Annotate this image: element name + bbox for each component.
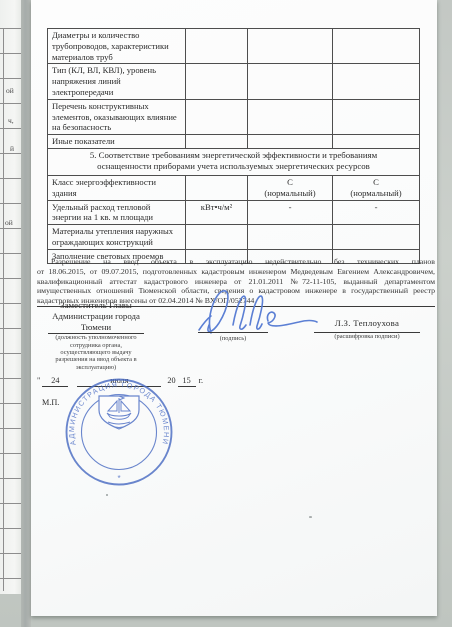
- energy-class-grade: С: [337, 177, 415, 188]
- page-gap-shadow: [21, 0, 31, 627]
- table-cell-empty: [333, 135, 420, 149]
- table-row: Иные показатели: [48, 135, 420, 149]
- table-cell-empty: [186, 135, 248, 149]
- table-row: Класс энергоэффективности здания С (норм…: [48, 175, 420, 200]
- seal-star: *: [117, 474, 120, 483]
- signatory-block: Л.З. Теплоухова (расшифровка подписи): [314, 318, 420, 340]
- row-label-heat-consumption: Удельный расход тепловой энергии на 1 кв…: [48, 200, 186, 225]
- row-label-insulation-materials: Материалы утепления наружных ограждающих…: [48, 225, 186, 250]
- table-cell-empty: [333, 64, 420, 99]
- edge-text-fragment: ой: [6, 86, 14, 95]
- official-position-block: Заместитель Главы Администрации города Т…: [48, 300, 144, 371]
- table-cell-empty: [186, 225, 248, 250]
- row-label-power-lines: Тип (КЛ, ВЛ, КВЛ), уровень напряжения ли…: [48, 64, 186, 99]
- table-row: Диаметры и количество трубопроводов, хар…: [48, 29, 420, 64]
- signatory-name-caption: (расшифровка подписи): [314, 333, 420, 340]
- date-suffix: г.: [199, 376, 203, 385]
- energy-class-note: (нормальный): [337, 188, 415, 199]
- heat-consumption-value: -: [248, 200, 333, 225]
- table-cell-empty: [186, 175, 248, 200]
- adjacent-page-edge: ой ч, й ой: [0, 0, 21, 594]
- energy-class-grade: С: [252, 177, 328, 188]
- handwritten-signature-icon: [193, 285, 321, 337]
- table-cell-empty: [333, 29, 420, 64]
- table-cell-empty: [248, 225, 333, 250]
- table-cell-empty: [186, 99, 248, 134]
- edge-text-fragment: й: [10, 144, 14, 153]
- scan-speck: [106, 494, 108, 496]
- signatory-name: Л.З. Теплоухова: [314, 318, 420, 333]
- scan-speck: [309, 516, 312, 518]
- seal-place-label: М.П.: [42, 398, 59, 407]
- heat-consumption-value: -: [333, 200, 420, 225]
- edge-text-fragment: ч,: [8, 116, 14, 125]
- signature-line: [198, 332, 268, 333]
- tyumen-administration-seal-icon: АДМИНИСТРАЦИЯ ГОРОДА ТЮМЕНИ *: [61, 374, 177, 490]
- row-label-other-indicators: Иные показатели: [48, 135, 186, 149]
- date-open-quote: ": [37, 376, 40, 385]
- adjacent-page-table-vline: [3, 28, 4, 591]
- note-line: от 18.06.2015, от 09.07.2015, подготовле…: [37, 267, 435, 277]
- energy-class-value: С (нормальный): [248, 175, 333, 200]
- section-heading-row: 5. Соответствие требованиям энергетическ…: [48, 148, 420, 175]
- section5-heading-cell: 5. Соответствие требованиям энергетическ…: [48, 148, 420, 175]
- table-row: Тип (КЛ, ВЛ, КВЛ), уровень напряжения ли…: [48, 64, 420, 99]
- energy-class-value: С (нормальный): [333, 175, 420, 200]
- table-cell-empty: [248, 64, 333, 99]
- table-row: Перечень конструктивных элементов, оказы…: [48, 99, 420, 134]
- note-line: Разрешение на ввод объекта в эксплуатаци…: [37, 257, 435, 267]
- row-label-structural-elements: Перечень конструктивных элементов, оказы…: [48, 99, 186, 134]
- table-row: Материалы утепления наружных ограждающих…: [48, 225, 420, 250]
- coat-of-arms-shield-icon: [99, 396, 139, 429]
- row-label-pipes: Диаметры и количество трубопроводов, хар…: [48, 29, 186, 64]
- edge-text-fragment: ой: [5, 218, 13, 227]
- table-cell-empty: [333, 225, 420, 250]
- indicators-table: Диаметры и количество трубопроводов, хар…: [47, 28, 420, 264]
- table-cell-empty: [333, 99, 420, 134]
- table-cell-empty: [186, 29, 248, 64]
- table-row: Удельный расход тепловой энергии на 1 кв…: [48, 200, 420, 225]
- table-cell-empty: [248, 29, 333, 64]
- heat-consumption-unit: кВт•ч/м²: [186, 200, 248, 225]
- row-label-energy-class: Класс энергоэффективности здания: [48, 175, 186, 200]
- document-page: Диаметры и количество трубопроводов, хар…: [31, 0, 437, 616]
- table-cell-empty: [248, 135, 333, 149]
- table-cell-empty: [248, 99, 333, 134]
- official-position-caption: (должность уполномоченного сотрудника ор…: [48, 334, 144, 370]
- section5-heading: 5. Соответствие требованиям энергетическ…: [66, 150, 402, 172]
- energy-class-note: (нормальный): [252, 188, 328, 199]
- signature-caption: (подпись): [191, 335, 275, 342]
- official-position-title: Заместитель Главы Администрации города Т…: [48, 300, 144, 334]
- table-cell-empty: [186, 64, 248, 99]
- date-year: 15: [178, 376, 196, 387]
